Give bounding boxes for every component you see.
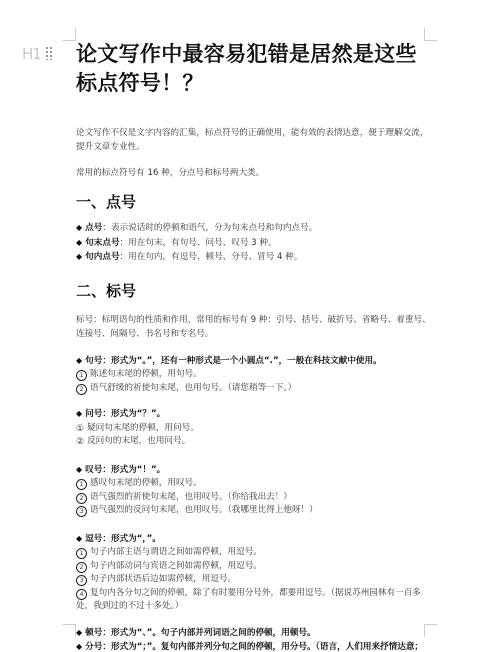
diamond-bullet-icon: ◆ — [76, 642, 82, 651]
bullet-item[interactable]: ◆分号：形式为“；”。复句内部并列分句之间的停顿，用分号。（语言，人们用来抒情达… — [76, 640, 436, 652]
list-item[interactable]: 3语气强烈的反问句末尾，也用叹号。（我哪里比得上他呀！） — [76, 504, 436, 518]
douhao-group: ◆逗号：形式为“，”。 1句子内部主语与谓语之间如需停顿，用逗号。 2句子内部动… — [76, 532, 436, 614]
page-corner-mark — [63, 624, 76, 637]
tail-bullet-list: ◆顿号：形式为“、”。句子内部并列词语之间的停顿，用顿号。 ◆分号：形式为“；”… — [76, 626, 436, 652]
document-page: 论文写作中最容易犯错是居然是这些标点符号！？ 论文写作不仅是文字内容的汇集，标点… — [76, 40, 436, 652]
list-item[interactable]: 2语气舒缓的祈使句末尾，也用句号。（请您稍等一下。） — [76, 382, 436, 396]
bullet-item[interactable]: ◆点号：表示说话时的停顿和语气，分为句末点号和句内点号。 — [76, 221, 436, 236]
biaohao-intro[interactable]: 标号：标明语句的性质和作用，常用的标号有 9 种：引号、括号、破折号、省略号、着… — [76, 313, 436, 341]
circled-number-icon: 4 — [76, 589, 87, 600]
circled-number-icon: ② — [76, 438, 84, 447]
list-item[interactable]: ①疑问句末尾的停顿，用问号。 — [76, 422, 436, 436]
circled-number-icon: 2 — [76, 384, 87, 395]
list-item[interactable]: 1陈述句末尾的停顿，用句号。 — [76, 368, 436, 382]
list-item[interactable]: 1感叹句末尾的停顿，用叹号。 — [76, 477, 436, 491]
bullet-item[interactable]: ◆顿号：形式为“、”。句子内部并列词语之间的停顿，用顿号。 — [76, 626, 436, 641]
wenhao-group: ◆问号：形式为“？”。 ①疑问句末尾的停顿，用问号。 ②反问句的末尾，也用问号。 — [76, 407, 436, 449]
bullet-item[interactable]: ◆句内点号：用在句内，有逗号、顿号、分号、冒号 4 种。 — [76, 250, 436, 265]
page-corner-mark — [63, 28, 76, 41]
list-item[interactable]: 3句子内部状语后边如需停顿，用逗号。 — [76, 573, 436, 587]
diamond-bullet-icon: ◆ — [76, 409, 82, 418]
diamond-bullet-icon: ◆ — [76, 356, 82, 365]
list-item[interactable]: ②反问句的末尾，也用问号。 — [76, 435, 436, 449]
drag-handle-icon[interactable] — [45, 46, 53, 60]
tanhao-group: ◆叹号：形式为“！”。 1感叹句末尾的停顿，用叹号。 2语气强烈的祈使句末尾，也… — [76, 463, 436, 518]
juhao-group: ◆句号：形式为“。”，还有一种形式是一个小圆点“.”，一般在科技文献中使用。 1… — [76, 354, 436, 396]
diamond-bullet-icon: ◆ — [76, 252, 82, 261]
circled-number-icon: 3 — [76, 575, 87, 586]
diamond-bullet-icon: ◆ — [76, 628, 82, 637]
circled-number-icon: 3 — [76, 506, 87, 517]
group-title[interactable]: ◆逗号：形式为“，”。 — [76, 532, 436, 547]
group-title[interactable]: ◆句号：形式为“。”，还有一种形式是一个小圆点“.”，一般在科技文献中使用。 — [76, 354, 436, 369]
group-title[interactable]: ◆叹号：形式为“！”。 — [76, 463, 436, 478]
circled-number-icon: 1 — [76, 370, 87, 381]
list-item[interactable]: 1句子内部主语与谓语之间如需停顿，用逗号。 — [76, 546, 436, 560]
circled-number-icon: 2 — [76, 562, 87, 573]
circled-number-icon: 1 — [76, 548, 87, 559]
diamond-bullet-icon: ◆ — [76, 534, 82, 543]
document-title[interactable]: 论文写作中最容易犯错是居然是这些标点符号！？ — [76, 40, 436, 98]
group-title[interactable]: ◆问号：形式为“？”。 — [76, 407, 436, 422]
list-item[interactable]: 4复句内各分句之间的停顿，除了有时要用分号外，都要用逗号。（据说苏州园林有一百多… — [76, 587, 436, 614]
diamond-bullet-icon: ◆ — [76, 238, 82, 247]
dianhao-bullet-list: ◆点号：表示说话时的停顿和语气，分为句末点号和句内点号。 ◆句末点号：用在句末，… — [76, 221, 436, 265]
circled-number-icon: ① — [76, 425, 84, 434]
bullet-item[interactable]: ◆句末点号：用在句末，有句号、问号、叹号 3 种。 — [76, 236, 436, 251]
diamond-bullet-icon: ◆ — [76, 465, 82, 474]
summary-paragraph[interactable]: 常用的标点符号有 16 种，分点号和标号两大类。 — [76, 166, 436, 180]
section-heading-biaohao[interactable]: 二、标号 — [76, 281, 436, 301]
intro-paragraph[interactable]: 论文写作不仅是文字内容的汇集，标点符号的正确使用，能有效的表情达意，便于理解交流… — [76, 126, 436, 154]
section-heading-dianhao[interactable]: 一、点号 — [76, 192, 436, 212]
list-item[interactable]: 2句子内部动词与宾语之间如需停顿，用逗号。 — [76, 560, 436, 574]
circled-number-icon: 1 — [76, 479, 87, 490]
circled-number-icon: 2 — [76, 493, 87, 504]
list-item[interactable]: 2语气强烈的祈使句末尾，也用叹号。（你给我出去！） — [76, 491, 436, 505]
diamond-bullet-icon: ◆ — [76, 223, 82, 232]
heading-level-marker: H1 — [22, 45, 41, 63]
